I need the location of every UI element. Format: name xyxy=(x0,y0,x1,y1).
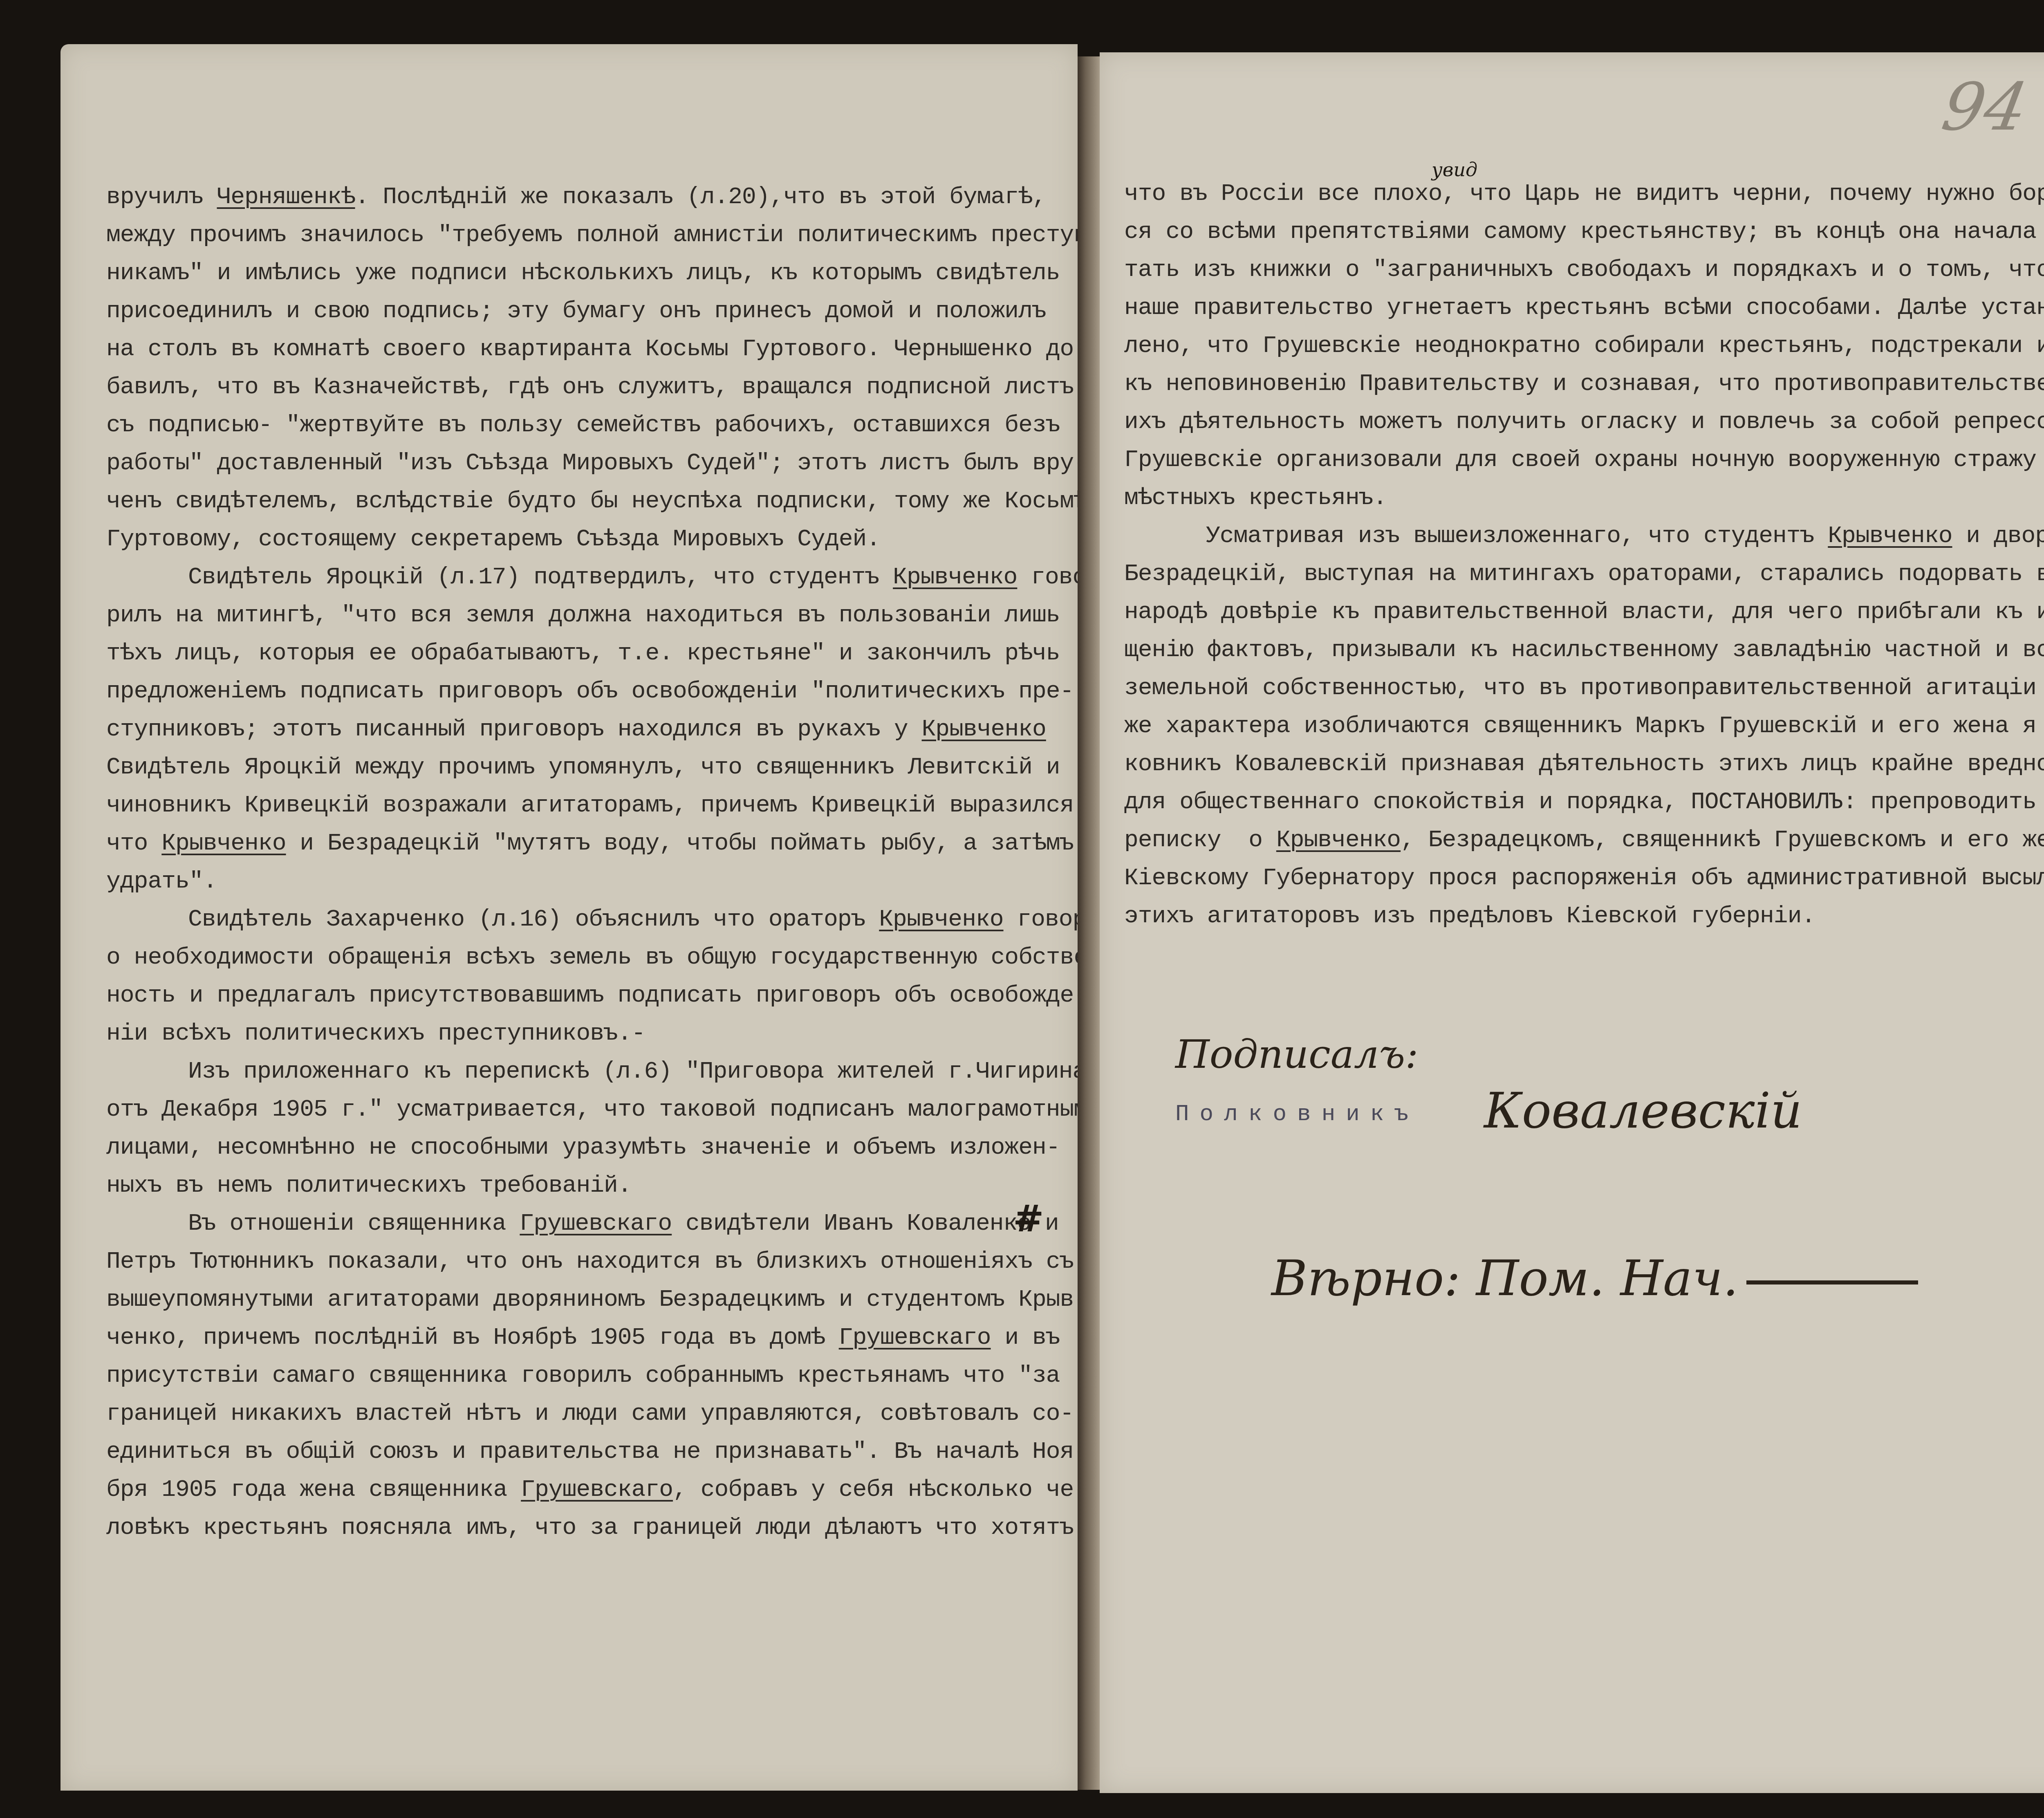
margin-hash-mark: # xyxy=(1013,1197,1044,1240)
text-line: что въ Россіи все плохо, что Царь не вид… xyxy=(1124,175,2044,213)
text-line: ступниковъ; этотъ писанный приговоръ нах… xyxy=(106,711,1047,749)
text-line: о необходимости обращенія всѣхъ земель в… xyxy=(106,939,1047,977)
text-line: ловѣкъ крестьянъ поясняла имъ, что за гр… xyxy=(106,1509,1047,1547)
signed-label: Подписалъ: xyxy=(1175,1031,1418,1077)
text-line: ся со всѣми препятствіями самому крестья… xyxy=(1124,213,2044,251)
text-line: между прочимъ значилось "требуемъ полной… xyxy=(106,216,1047,254)
text-line: предложеніемъ подписать приговоръ объ ос… xyxy=(106,673,1047,711)
text-line: лено, что Грушевскіе неоднократно собира… xyxy=(1124,327,2044,365)
text-line: Изъ приложеннаго къ перепискѣ (л.6) "При… xyxy=(106,1053,1047,1091)
text-line: лицами, несомнѣнно не способными уразумѣ… xyxy=(106,1129,1047,1167)
folio-number: 94 xyxy=(1937,69,2034,145)
text-line: Безрадецкій, выступая на митингахъ орато… xyxy=(1124,555,2044,593)
text-line: ность и предлагалъ присутствовавшимъ под… xyxy=(106,977,1047,1015)
text-line: бря 1905 года жена священника Грушевскаг… xyxy=(106,1471,1047,1509)
text-line: ихъ дѣятельность можетъ получить огласку… xyxy=(1124,403,2044,441)
text-line: тѣхъ лицъ, которыя ее обрабатываютъ, т.е… xyxy=(106,634,1047,673)
left-page: вручилъ Черняшенкѣ. Послѣдній же показал… xyxy=(61,44,1078,1791)
text-line: рилъ на митингѣ, "что вся земля должна н… xyxy=(106,596,1047,634)
text-line: Въ отношеніи священника Грушевскаго свид… xyxy=(106,1205,1047,1243)
underlined-name: Крывченко xyxy=(879,906,1003,933)
underlined-name: Грушевскаго xyxy=(521,1477,673,1503)
underlined-name: Крывченко xyxy=(922,716,1046,743)
text-line: Петръ Тютюнникъ показали, что онъ находи… xyxy=(106,1243,1047,1281)
signature-kovalevsky: Ковалевскій xyxy=(1484,1083,1802,1139)
underlined-name: Черняшенкѣ xyxy=(217,184,355,211)
typed-rank: Полковникъ xyxy=(1175,1101,1419,1127)
text-line: для общественнаго спокойствія и порядка,… xyxy=(1124,783,2044,821)
text-line: вышеупомянутыми агитаторами дворяниномъ … xyxy=(106,1281,1047,1319)
text-line: присоединилъ и свою подпись; эту бумагу … xyxy=(106,292,1047,330)
text-line: никамъ" и имѣлись уже подписи нѣскольких… xyxy=(106,254,1047,292)
text-line: ковникъ Ковалевскій признавая дѣятельнос… xyxy=(1124,745,2044,783)
underlined-name: Крывченко xyxy=(1828,523,1952,549)
text-line: единиться въ общій союзъ и правительства… xyxy=(106,1433,1047,1471)
certification-text: Вѣрно: Пом. Нач. xyxy=(1271,1250,1738,1307)
book-gutter xyxy=(1078,56,1100,1790)
text-line: Грушевскіе организовали для своей охраны… xyxy=(1124,441,2044,479)
certification-signature: Вѣрно: Пом. Нач. xyxy=(1271,1250,1918,1307)
text-line: къ неповиновенію Правительству и сознава… xyxy=(1124,365,2044,403)
text-line: что Крывченко и Безрадецкій "мутятъ воду… xyxy=(106,825,1047,863)
underlined-name: Грушевскаго xyxy=(520,1211,672,1237)
text-line: Кіевскому Губернатору прося распоряженія… xyxy=(1124,859,2044,897)
text-line: Усматривая изъ вышеизложеннаго, что студ… xyxy=(1124,517,2044,555)
underlined-name: Крывченко xyxy=(893,564,1017,591)
text-line: наше правительство угнетаетъ крестьянъ в… xyxy=(1124,289,2044,327)
text-line: ченъ свидѣтелемъ, вслѣдствіе будто бы не… xyxy=(106,482,1047,520)
text-line: земельной собственностью, что въ противо… xyxy=(1124,669,2044,707)
underlined-name: Крывченко xyxy=(1276,827,1401,854)
text-line: тать изъ книжки о "заграничныхъ свободах… xyxy=(1124,251,2044,289)
text-line: мѣстныхъ крестьянъ. xyxy=(1124,479,2044,517)
text-line: ченко, причемъ послѣдній въ Ноябрѣ 1905 … xyxy=(106,1319,1047,1357)
text-line: границей никакихъ властей нѣтъ и люди са… xyxy=(106,1395,1047,1433)
text-line: же характера изобличаются священникъ Мар… xyxy=(1124,707,2044,745)
text-line: чиновникъ Кривецкій возражали агитаторам… xyxy=(106,787,1047,825)
right-page-text: что въ Россіи все плохо, что Царь не вид… xyxy=(1124,175,2044,935)
text-line: работы" доставленный "изъ Съѣзда Мировых… xyxy=(106,444,1047,482)
text-line: удрать". xyxy=(106,863,1047,901)
text-line: Свидѣтель Захарченко (л.16) объяснилъ чт… xyxy=(106,901,1047,939)
text-line: Гуртовому, состоящему секретаремъ Съѣзда… xyxy=(106,520,1047,558)
text-line: бавилъ, что въ Казначействѣ, гдѣ онъ слу… xyxy=(106,368,1047,406)
left-page-text: вручилъ Черняшенкѣ. Послѣдній же показал… xyxy=(106,178,1047,1547)
text-line: съ подписью- "жертвуйте въ пользу семейс… xyxy=(106,406,1047,444)
text-line: на столъ въ комнатѣ своего квартиранта К… xyxy=(106,330,1047,368)
text-line: этихъ агитаторовъ изъ предѣловъ Кіевской… xyxy=(1124,897,2044,935)
text-line: Свидѣтель Яроцкій (л.17) подтвердилъ, чт… xyxy=(106,558,1047,596)
underlined-name: Крывченко xyxy=(161,830,286,857)
text-line: вручилъ Черняшенкѣ. Послѣдній же показал… xyxy=(106,178,1047,216)
underlined-name: Грушевскаго xyxy=(839,1325,991,1351)
text-line: народѣ довѣріе къ правительственной влас… xyxy=(1124,593,2044,631)
text-line: Свидѣтель Яроцкій между прочимъ упомянул… xyxy=(106,749,1047,787)
right-page: 94 увид что въ Россіи все плохо, что Цар… xyxy=(1100,52,2044,1793)
text-line: ныхъ въ немъ политическихъ требованій. xyxy=(106,1167,1047,1205)
text-line: щенію фактовъ, призывали къ насильственн… xyxy=(1124,631,2044,669)
text-line: реписку о Крывченко, Безрадецкомъ, свяще… xyxy=(1124,821,2044,859)
text-line: ніи всѣхъ политическихъ преступниковъ.- xyxy=(106,1015,1047,1053)
text-line: отъ Декабря 1905 г." усматривается, что … xyxy=(106,1091,1047,1129)
text-line: присутствіи самаго священника говорилъ с… xyxy=(106,1357,1047,1395)
signature-flourish xyxy=(1746,1280,1918,1284)
